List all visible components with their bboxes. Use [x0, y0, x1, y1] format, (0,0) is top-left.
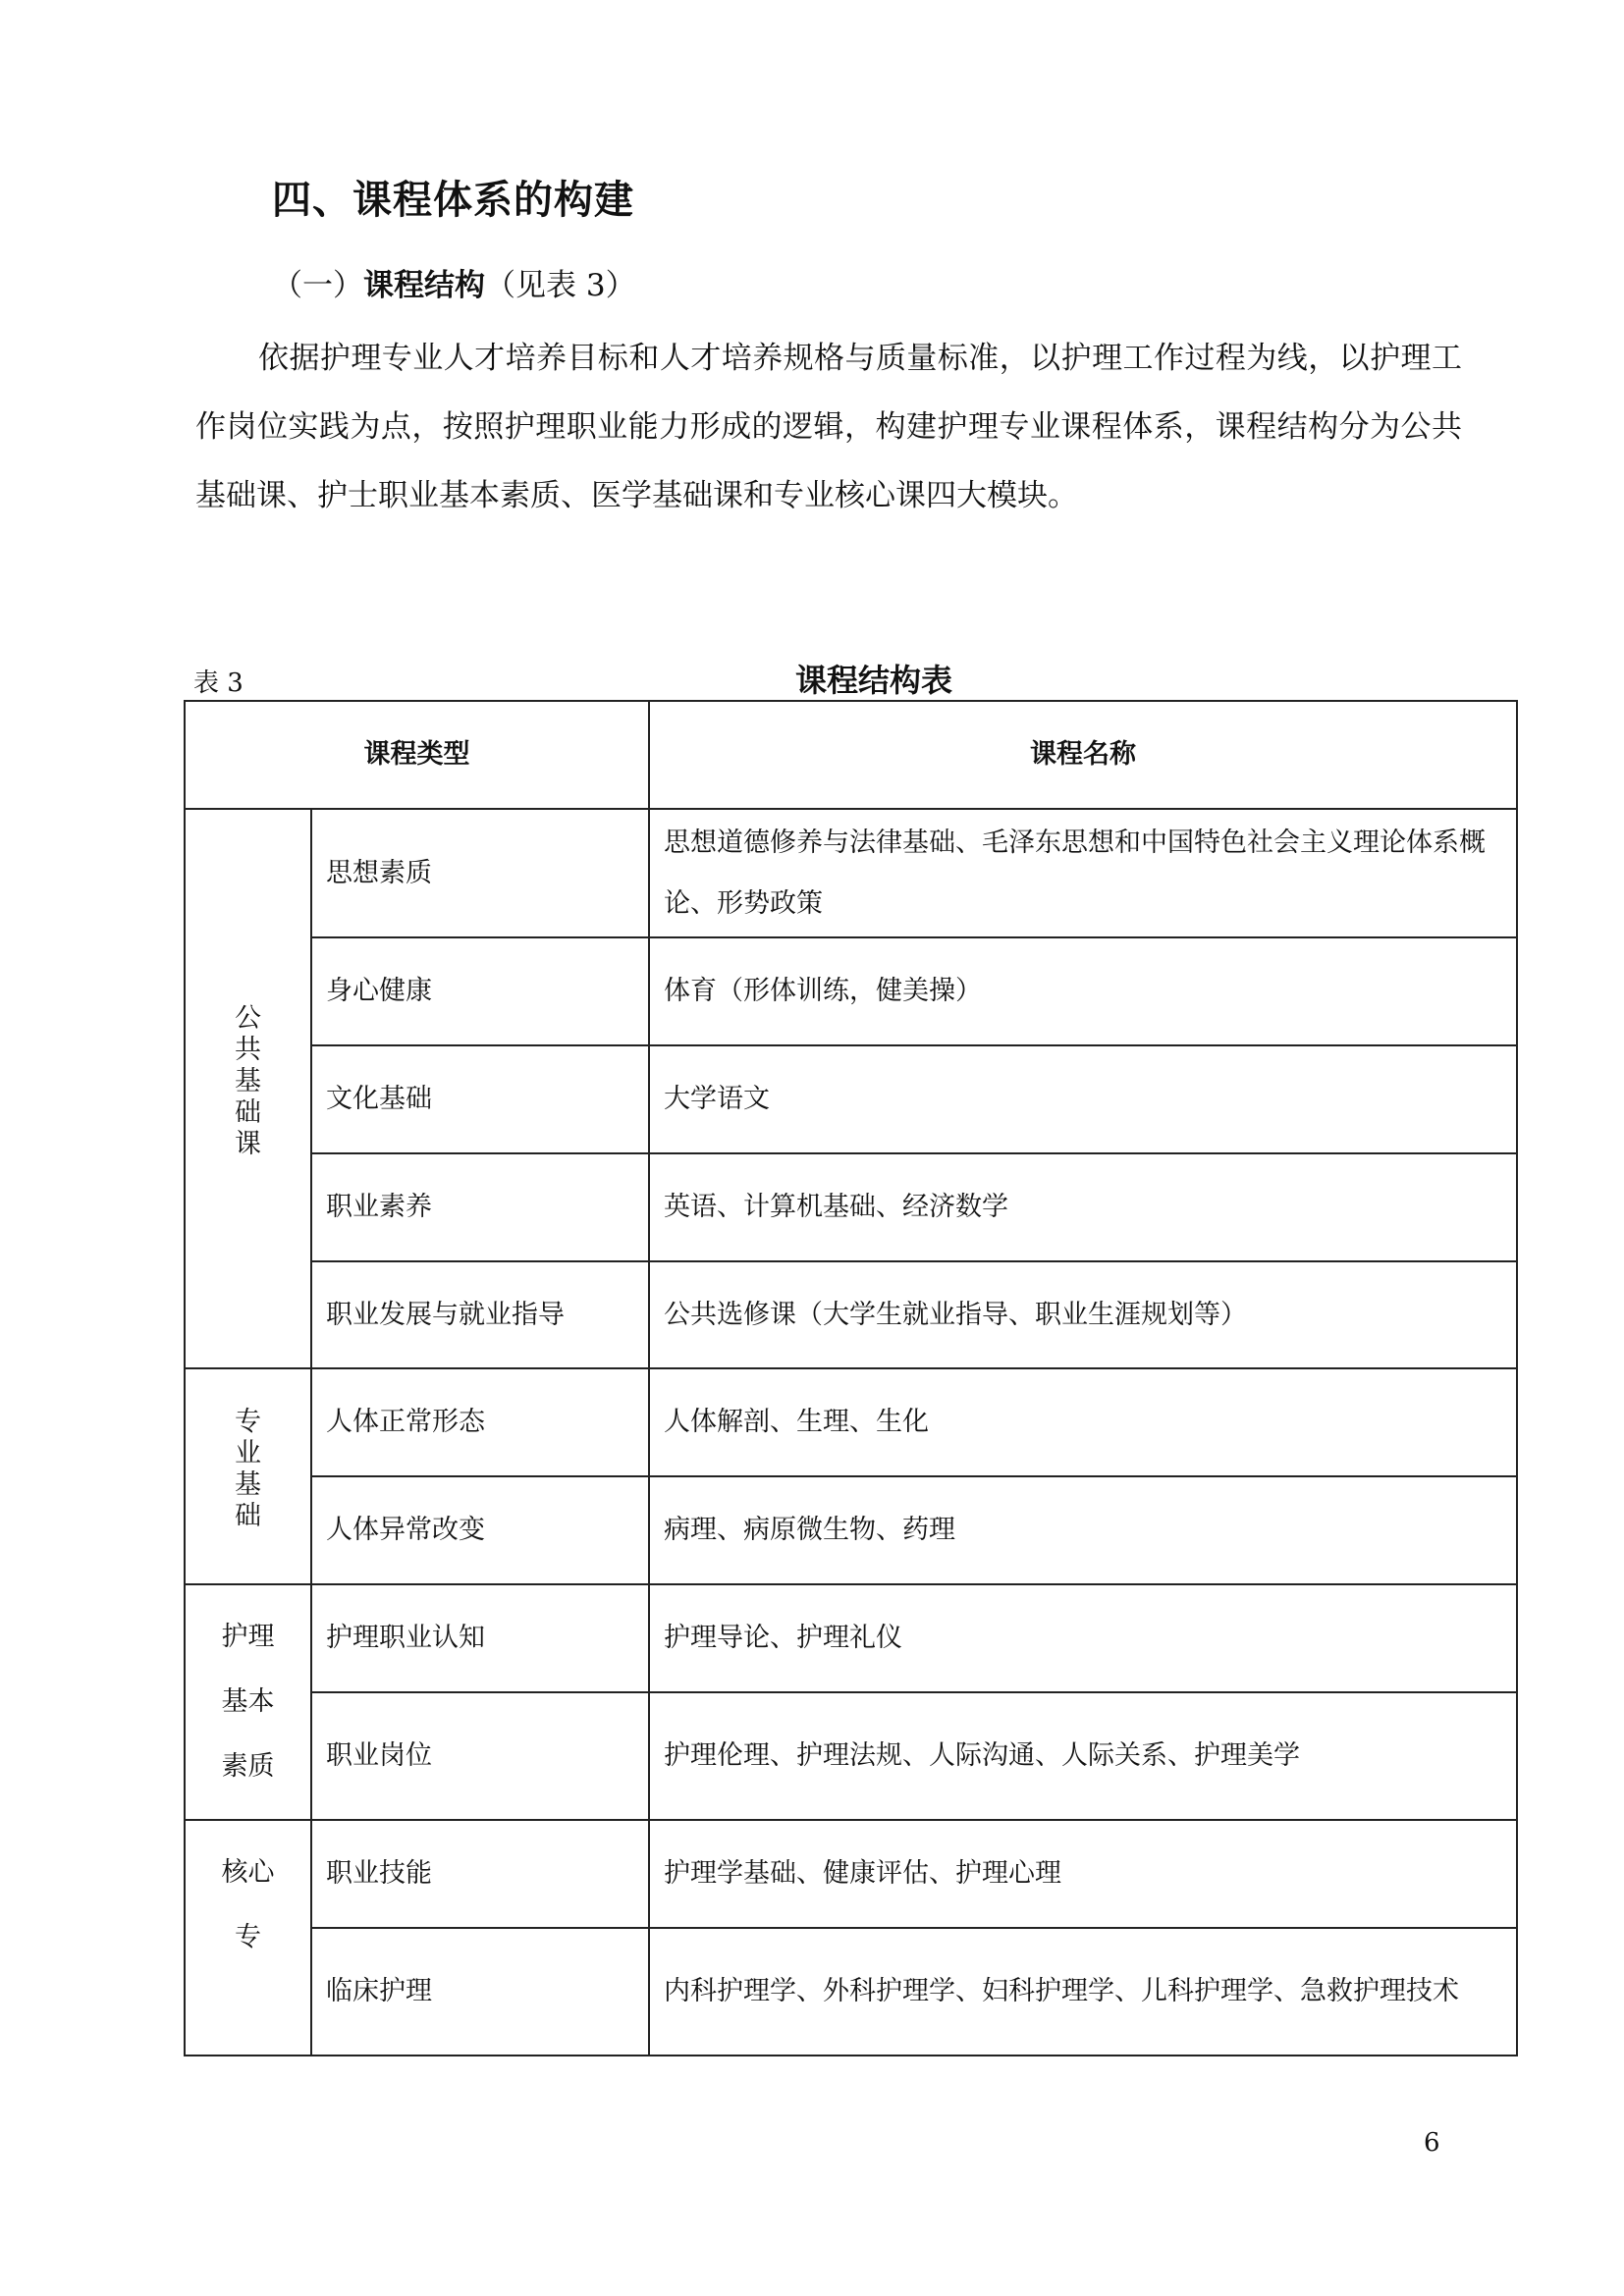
course-type-cell: 思想素质	[311, 809, 649, 937]
course-type-cell: 职业岗位	[311, 1692, 649, 1820]
group-label: 核心专	[219, 1841, 277, 1970]
course-name-cell: 护理导论、护理礼仪	[649, 1584, 1517, 1692]
table-header-row: 课程类型 课程名称	[185, 701, 1517, 809]
course-name-cell: 护理学基础、健康评估、护理心理	[649, 1820, 1517, 1928]
table-row: 护理基本素质 护理职业认知 护理导论、护理礼仪	[185, 1584, 1517, 1692]
subsection-title: 课程结构	[363, 268, 485, 303]
table-row: 专业基础 人体正常形态 人体解剖、生理、生化	[185, 1368, 1517, 1476]
header-course-type: 课程类型	[185, 701, 649, 809]
table-row: 职业岗位 护理伦理、护理法规、人际沟通、人际关系、护理美学	[185, 1692, 1517, 1820]
group-label: 专业基础	[235, 1407, 261, 1532]
course-type-cell: 人体异常改变	[311, 1476, 649, 1584]
course-name-cell: 体育（形体训练，健美操）	[649, 937, 1517, 1045]
course-name-cell: 内科护理学、外科护理学、妇科护理学、儿科护理学、急救护理技术	[649, 1928, 1517, 2056]
course-name-cell: 人体解剖、生理、生化	[649, 1368, 1517, 1476]
course-structure-table: 课程类型 课程名称 公共基础课 思想素质 思想道德修养与法律基础、毛泽东思想和中…	[184, 700, 1518, 2056]
group-label: 护理基本素质	[219, 1605, 277, 1799]
group-label: 公共基础课	[235, 1003, 261, 1160]
table-row: 临床护理 内科护理学、外科护理学、妇科护理学、儿科护理学、急救护理技术	[185, 1928, 1517, 2056]
page-number: 6	[1424, 2128, 1440, 2158]
table-label: 表 3	[193, 663, 244, 699]
course-type-cell: 职业素养	[311, 1153, 649, 1261]
course-name-cell: 病理、病原微生物、药理	[649, 1476, 1517, 1584]
table-row: 人体异常改变 病理、病原微生物、药理	[185, 1476, 1517, 1584]
section-title: 四、课程体系的构建	[272, 169, 634, 225]
course-type-cell: 职业发展与就业指导	[311, 1261, 649, 1368]
group-cell-core-professional: 核心专	[185, 1820, 311, 2056]
group-cell-nursing-basic-quality: 护理基本素质	[185, 1584, 311, 1820]
table-row: 文化基础 大学语文	[185, 1045, 1517, 1153]
course-name-cell: 公共选修课（大学生就业指导、职业生涯规划等）	[649, 1261, 1517, 1368]
header-course-name: 课程名称	[649, 701, 1517, 809]
course-type-cell: 身心健康	[311, 937, 649, 1045]
course-name-cell: 英语、计算机基础、经济数学	[649, 1153, 1517, 1261]
course-type-cell: 职业技能	[311, 1820, 649, 1928]
subsection-prefix: （一）	[272, 268, 363, 303]
course-type-cell: 护理职业认知	[311, 1584, 649, 1692]
table-row: 公共基础课 思想素质 思想道德修养与法律基础、毛泽东思想和中国特色社会主义理论体…	[185, 809, 1517, 937]
subsection-heading: （一）课程结构（见表 3）	[272, 260, 636, 304]
course-type-cell: 临床护理	[311, 1928, 649, 2056]
group-cell-public-basic: 公共基础课	[185, 809, 311, 1368]
table-title: 课程结构表	[687, 656, 1060, 701]
intro-paragraph: 依据护理专业人才培养目标和人才培养规格与质量标准，以护理工作过程为线，以护理工作…	[195, 324, 1462, 530]
course-name-cell: 思想道德修养与法律基础、毛泽东思想和中国特色社会主义理论体系概论、形势政策	[649, 809, 1517, 937]
course-name-cell: 护理伦理、护理法规、人际沟通、人际关系、护理美学	[649, 1692, 1517, 1820]
table-row: 身心健康 体育（形体训练，健美操）	[185, 937, 1517, 1045]
table-row: 职业素养 英语、计算机基础、经济数学	[185, 1153, 1517, 1261]
table-row: 核心专 职业技能 护理学基础、健康评估、护理心理	[185, 1820, 1517, 1928]
group-cell-professional-basic: 专业基础	[185, 1368, 311, 1584]
subsection-note: （见表 3）	[485, 268, 636, 303]
course-name-cell: 大学语文	[649, 1045, 1517, 1153]
course-type-cell: 文化基础	[311, 1045, 649, 1153]
table-row: 职业发展与就业指导 公共选修课（大学生就业指导、职业生涯规划等）	[185, 1261, 1517, 1368]
course-type-cell: 人体正常形态	[311, 1368, 649, 1476]
